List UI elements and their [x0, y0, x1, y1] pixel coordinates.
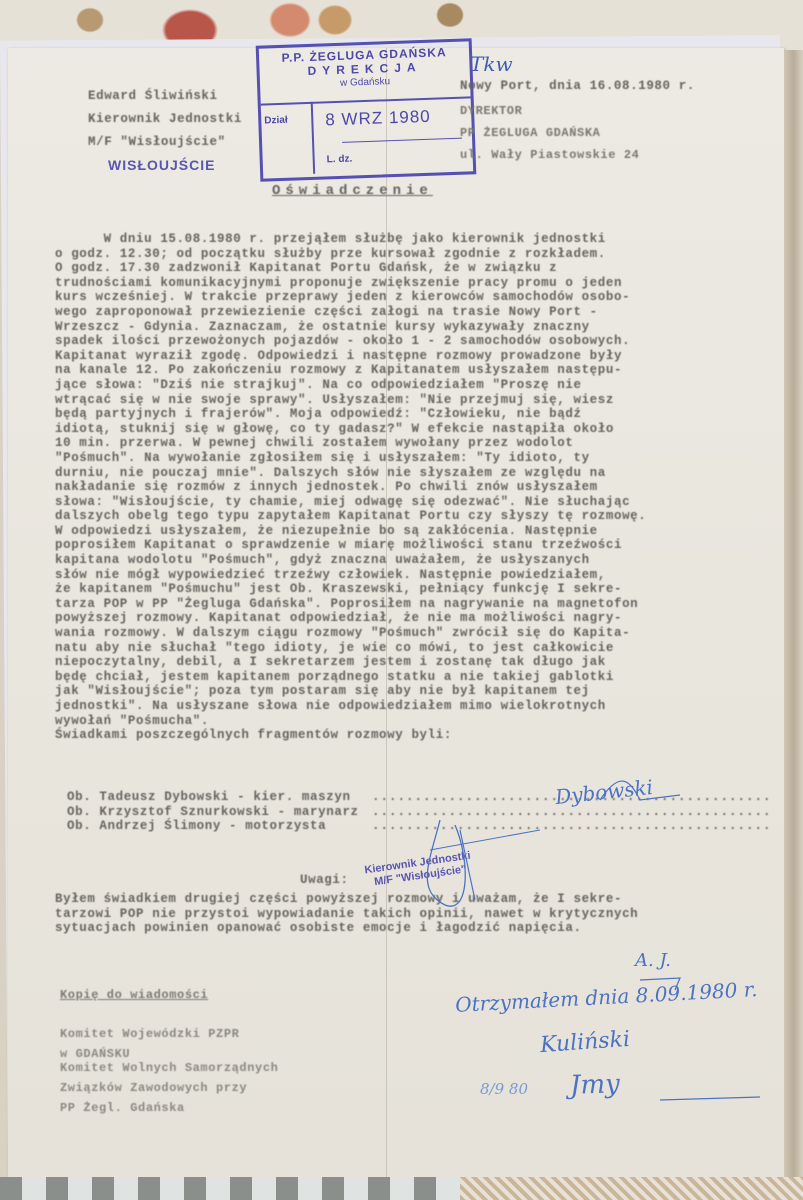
signature-strokes	[0, 0, 803, 1200]
